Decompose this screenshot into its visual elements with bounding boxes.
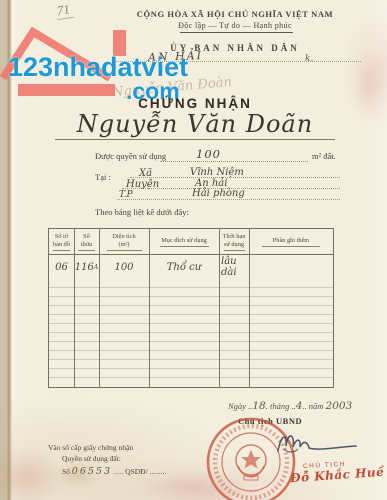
col-header-ghi-them: Phần ghi thêm [249, 229, 333, 254]
location-label: Tại : [95, 172, 111, 182]
cell-so-thua: 116A [74, 255, 99, 279]
paper-stain [140, 472, 250, 500]
table-intro: Theo bảng liệt kê dưới đây: [95, 207, 189, 217]
cell-thoi-han: lâu dài [219, 255, 249, 279]
parcel-table: Số tờ bản đồ Số thửa Diện tích (m²) Mục … [48, 228, 334, 388]
cell-muc-dich: Thổ cư [149, 255, 219, 279]
registry-line2: Quyền sử dụng đất: [48, 453, 166, 464]
col-header-so-thua: Số thửa [74, 229, 99, 254]
area-value-handwritten: 100 [196, 147, 221, 161]
signature-icon [274, 427, 360, 463]
paper-stain [352, 48, 386, 118]
location-row3-field: T.P [119, 190, 133, 200]
document-title: CHỨNG NHẬN [60, 96, 330, 111]
date-line: Ngày ..18. tháng ..4.. năm 2003 [228, 400, 352, 412]
national-motto-line1: CỘNG HÒA XÃ HỘI CHỦ NGHĨA VIỆT NAM [100, 9, 370, 19]
cell-dien-tich: 100 [99, 255, 149, 279]
col-header-dien-tich: Diện tích (m²) [99, 229, 149, 254]
area-unit: m² đất. [312, 151, 336, 161]
col-header-so-to: Số tờ bản đồ [49, 229, 74, 254]
col-header-thoi-han: Thời hạn sử dụng [219, 229, 249, 254]
grantee-underline [55, 139, 335, 140]
stray-pen-mark: k. [305, 54, 313, 64]
parcel-table-row: 06 116A 100 Thổ cư lâu dài [49, 255, 333, 279]
scanned-certificate-page: 71 CỘNG HÒA XÃ HỘI CHỦ NGHĨA VIỆT NAM Độ… [0, 0, 387, 500]
corner-number: 71 [55, 1, 74, 20]
col-header-muc-dich: Mục đích sử dụng [149, 229, 219, 254]
grantee-name-handwritten: Nguyễn Văn Doãn [40, 110, 350, 138]
grant-dotted-line [160, 150, 308, 162]
registry-line1: Vào sổ cấp giấy chứng nhận [48, 442, 166, 453]
grant-label: Được quyền sử dụng [95, 151, 166, 161]
location-row1-value: Vĩnh Niệm [190, 167, 244, 178]
date-year: 2003 [326, 400, 353, 412]
cell-ghi-them [249, 255, 333, 279]
parcel-table-header: Số tờ bản đồ Số thửa Diện tích (m²) Mục … [49, 229, 333, 255]
location-row3-value: Hải phòng [192, 188, 245, 199]
cell-so-to: 06 [49, 255, 74, 279]
paper-stain [55, 464, 100, 486]
date-day: 18 [252, 400, 265, 412]
empty-table-rows [49, 279, 333, 386]
